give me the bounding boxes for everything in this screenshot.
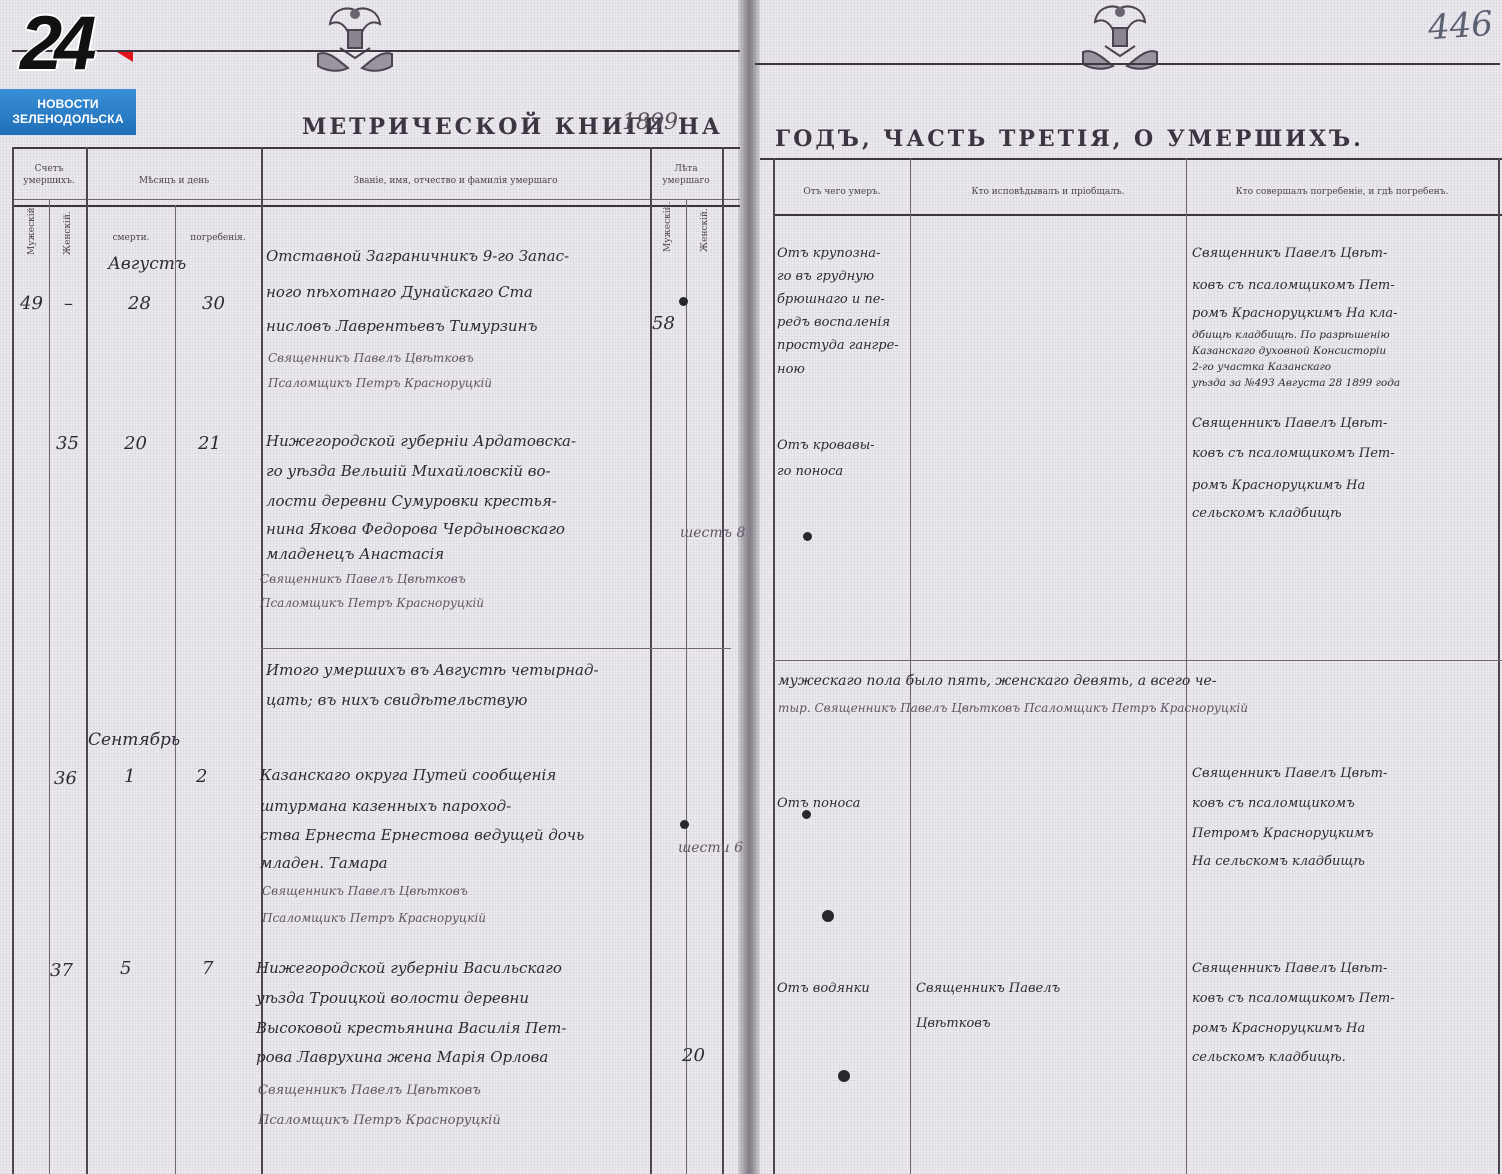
col-line: [1186, 158, 1187, 1174]
header-count-male: Мужескій.: [27, 215, 37, 255]
signature-line: Священникъ Павелъ Цвѣтковъ: [262, 878, 468, 904]
deceased-name-line: штурмана казенныхъ пароход-: [260, 793, 511, 820]
logo-label-box: НОВОСТИ ЗЕЛЕНОДОЛЬСКА: [0, 89, 136, 135]
burier-line: Священникъ Павелъ Цвѣт-: [1192, 760, 1387, 787]
burier-line: ковъ съ псаломщикомъ Пет-: [1192, 985, 1395, 1012]
entry-number-male: 49: [20, 293, 43, 314]
ink-dot: [838, 1070, 850, 1082]
entry-number-male: 36: [54, 768, 77, 789]
title-right: ГОДЪ, ЧАСТЬ ТРЕТІЯ, О УМЕРШИХЪ.: [775, 126, 1364, 152]
page-number: 446: [1427, 4, 1495, 48]
book-fold: [738, 0, 760, 1174]
month-label: Августъ: [108, 254, 186, 274]
header-bottom-line-left: [12, 205, 740, 207]
death-day: 5: [120, 958, 131, 979]
news-logo[interactable]: 24 НОВОСТИ ЗЕЛЕНОДОЛЬСКА: [0, 0, 136, 136]
header-count-female: Женскій.: [63, 215, 73, 255]
deceased-name-line: младенецъ Анастасія: [266, 541, 444, 568]
age-female: 20: [682, 1045, 705, 1066]
burier-line: 2-го участка Казанскаго: [1192, 360, 1331, 374]
ink-dot: [803, 532, 812, 541]
col-line: [49, 199, 50, 1174]
confessor-line: Священникъ Павелъ: [916, 975, 1060, 1002]
death-day: 1: [124, 766, 135, 787]
confessor-line: Цвѣтковъ: [916, 1010, 991, 1037]
logo-line-1: НОВОСТИ: [37, 97, 98, 112]
burier-line: Священникъ Павелъ Цвѣт-: [1192, 410, 1387, 437]
ink-dot: [822, 910, 834, 922]
header-age-male: Мужескій.: [663, 212, 673, 252]
burier-line: ромъ Красноруцкимъ На: [1192, 1015, 1365, 1042]
burier-line: Петромъ Красноруцкимъ: [1192, 820, 1373, 847]
logo-number: 24: [20, 2, 89, 86]
double-headed-eagle-icon: [1075, 0, 1165, 80]
deceased-name-line: Отставной Заграничникъ 9-го Запас-: [266, 243, 569, 270]
deceased-name-line: Нижегородской губерніи Васильскаго: [256, 955, 562, 982]
burial-day: 2: [196, 766, 207, 787]
col-line: [910, 158, 911, 1174]
burier-line: ковъ съ псаломщикомъ: [1192, 790, 1355, 817]
deceased-name-line: лости деревни Сумуровки крестья-: [266, 488, 557, 515]
age-female: шестъ 8: [680, 520, 745, 546]
signature-line: Псаломщикъ Петръ Красноруцкій: [268, 370, 492, 396]
header-top-line-right: [760, 158, 1502, 160]
deceased-name-line: рова Лаврухина жена Марія Орлова: [256, 1044, 548, 1071]
header-bottom-line-right: [775, 214, 1502, 216]
death-day: 20: [124, 433, 147, 454]
burier-line: Казанскаго духовной Консисторіи: [1192, 344, 1386, 358]
col-line: [86, 147, 88, 1174]
burier-line: Священникъ Павелъ Цвѣт-: [1192, 240, 1387, 267]
col-line: [175, 205, 176, 1174]
signature-line: Священникъ Павелъ Цвѣтковъ: [268, 345, 474, 371]
signature-line: Священникъ Павелъ Цвѣтковъ: [260, 566, 466, 592]
cause-line: ною: [777, 356, 805, 383]
ink-dot: [680, 820, 689, 829]
header-burier: Кто совершалъ погребеніе, и гдѣ погребен…: [1188, 186, 1496, 198]
ink-dot: [679, 297, 688, 306]
entry-number-male: 35: [56, 433, 79, 454]
col-line: [650, 147, 652, 1174]
header-confessor: Кто исповѣдывалъ и пріобщалъ.: [912, 186, 1184, 198]
header-age: Лѣта умершаго: [651, 163, 721, 187]
burier-line: ромъ Красноруцкимъ На кла-: [1192, 300, 1398, 327]
burial-day: 7: [202, 958, 213, 979]
col-line: [1498, 158, 1500, 1174]
header-mid-line-left: [12, 199, 740, 200]
header-name: Званіе, имя, отчество и фамилія умершаго: [263, 175, 648, 187]
cause-line: простуда гангре-: [777, 332, 899, 359]
double-headed-eagle-icon: [310, 2, 400, 82]
logo-red-triangle-icon: [117, 52, 133, 62]
signature-line: Священникъ Павелъ Цвѣтковъ: [258, 1078, 481, 1104]
deceased-name-line: младен. Тамара: [260, 850, 388, 877]
cause-line: Отъ кровавы-: [777, 432, 875, 459]
burier-line: Священникъ Павелъ Цвѣт-: [1192, 955, 1387, 982]
deceased-name-line: Высоковой крестьянина Василія Пет-: [256, 1015, 566, 1042]
header-month-day: Мѣсяцъ и день: [88, 175, 260, 187]
summary-line: Итого умершихъ въ Августѣ четырнад-: [266, 657, 599, 684]
age-female: шести 6: [678, 835, 743, 861]
burier-line: ковъ съ псаломщикомъ Пет-: [1192, 272, 1395, 299]
summary-line-right: [773, 660, 1502, 661]
top-border-right: [755, 63, 1500, 65]
cause-line: го поноса: [777, 458, 843, 485]
header-death: смерти.: [96, 232, 166, 244]
deceased-name-line: нина Якова Федорова Чердыновскаго: [266, 516, 565, 543]
ink-dot: [802, 810, 811, 819]
death-day: 28: [128, 293, 151, 314]
burier-line: На сельскомъ кладбищѣ: [1192, 848, 1365, 875]
header-burial: погребенія.: [177, 232, 259, 244]
header-age-female: Женскій.: [700, 212, 710, 252]
entry-number-female: –: [64, 293, 73, 314]
title-year: 1899: [622, 110, 678, 135]
deceased-name-line: ного пѣхотнаго Дунайскаго Ста: [266, 279, 533, 306]
header-count: Счетъ умершихъ.: [14, 163, 84, 187]
signature-line: Псаломщикъ Петръ Красноруцкій: [262, 905, 486, 931]
deceased-name-line: нисловъ Лаврентьевъ Тимурзинъ: [266, 313, 537, 340]
col-line: [722, 147, 724, 1174]
summary-line-left: [261, 648, 731, 649]
burier-line: ковъ съ псаломщикомъ Пет-: [1192, 440, 1395, 467]
header-top-line-left: [12, 147, 740, 149]
col-line: [12, 147, 14, 1174]
logo-line-2: ЗЕЛЕНОДОЛЬСКА: [12, 112, 123, 127]
col-line: [773, 158, 775, 1174]
summary-line: тыр. Священникъ Павелъ Цвѣтковъ Псаломщи…: [778, 695, 1248, 721]
age-male: 58: [652, 313, 675, 334]
burial-day: 21: [198, 433, 221, 454]
burial-day: 30: [202, 293, 225, 314]
deceased-name-line: Казанскаго округа Путей сообщенія: [260, 762, 556, 789]
summary-line: мужескаго пола было пять, женскаго девят…: [778, 668, 1216, 695]
burier-line: уѣзда за №493 Августа 28 1899 года: [1192, 376, 1400, 390]
summary-line: цать; въ нихъ свидѣтельствую: [266, 687, 528, 714]
signature-line: Псаломщикъ Петръ Красноруцкій: [258, 1108, 501, 1134]
header-cause: Отъ чего умеръ.: [775, 186, 909, 198]
cause-line: Отъ водянки: [777, 975, 870, 1002]
cause-line: Отъ поноса: [777, 790, 860, 817]
col-line: [686, 199, 687, 1174]
burier-line: сельскомъ кладбищѣ: [1192, 500, 1342, 527]
deceased-name-line: Нижегородской губерніи Ардатовска-: [266, 428, 576, 455]
deceased-name-line: го уѣзда Вельшій Михайловскій во-: [266, 458, 551, 485]
month-label: Сентябрь: [88, 730, 180, 750]
deceased-name-line: ства Ернеста Ернестова ведущей дочь: [260, 822, 584, 849]
signature-line: Псаломщикъ Петръ Красноруцкій: [260, 590, 484, 616]
entry-number-male: 37: [50, 960, 73, 981]
burier-line: сельскомъ кладбищѣ.: [1192, 1044, 1346, 1071]
burier-line: ромъ Красноруцкимъ На: [1192, 472, 1365, 499]
deceased-name-line: уѣзда Троицкой волости деревни: [256, 985, 529, 1012]
burier-line: дбищѣ кладбищѣ. По разрѣшенію: [1192, 328, 1390, 342]
